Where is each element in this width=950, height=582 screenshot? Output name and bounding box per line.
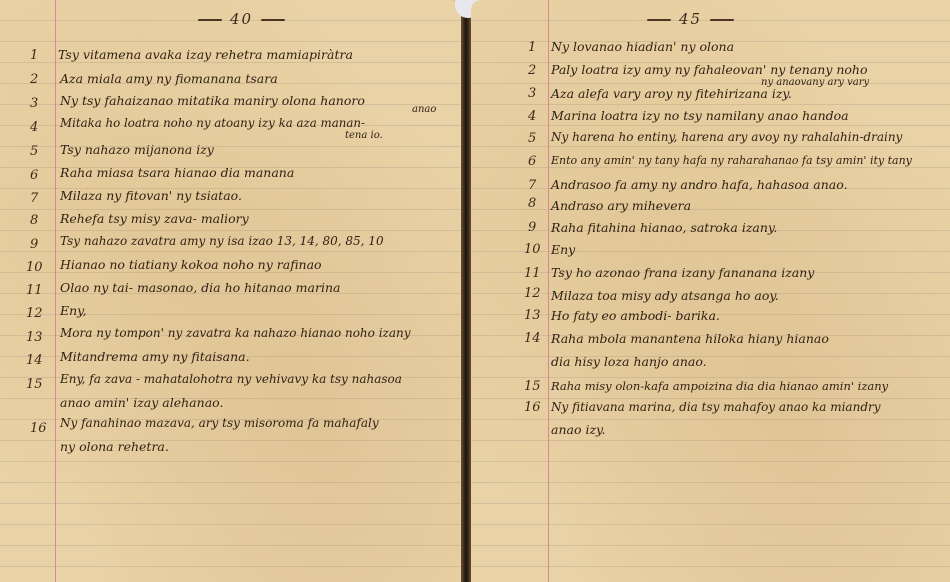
entry-text: Andrasoo fa amy ny andro hafa, hahasoa a… <box>551 177 848 192</box>
margin-line <box>548 0 549 582</box>
entry-number: 14 <box>26 353 43 368</box>
entry-text: Tsy nahazo mijanona izy <box>60 142 214 157</box>
notebook-spread: 40 1 Tsy vitamena avaka izay rehetra mam… <box>0 0 950 582</box>
page-number-right: 45 <box>639 10 742 28</box>
entry-text: Mitandrema amy ny fitaisana. <box>60 349 250 364</box>
margin-line <box>55 0 56 582</box>
entry-text-continued: ny olona rehetra. <box>60 439 169 454</box>
entry-number: 3 <box>528 86 536 101</box>
entry-text: Olao ny tai- masonao, dia ho hitanao mar… <box>60 280 340 295</box>
entry-text: Hianao no tiatiany kokoa noho ny rafinao <box>60 257 322 272</box>
entry-text: Eny, <box>60 303 87 318</box>
entry-number: 14 <box>524 331 541 346</box>
entry-text: Eny, fa zava - mahatalohotra ny vehivavy… <box>60 372 402 386</box>
entry-number: 11 <box>26 283 43 298</box>
entry-number: 2 <box>528 63 536 78</box>
entry-text: Aza miala amy ny fiomanana tsara <box>60 71 278 86</box>
entry-text: Ny fanahinao mazava, ary tsy misoroma fa… <box>60 416 379 430</box>
entry-text: Eny <box>551 242 575 257</box>
entry-text: Raha misy olon-kafa ampoizina dia dia hi… <box>551 379 888 393</box>
entry-text: Aza alefa vary aroy ny fitehirizana izy. <box>551 86 792 101</box>
entry-text: Ento any amin' ny tany hafa ny raharahan… <box>551 154 912 167</box>
entry-text: Tsy ho azonao frana izany fananana izany <box>551 265 814 280</box>
entry-text: Raha mbola manantena hiloka hiany hianao <box>551 331 829 346</box>
entry-number: 11 <box>524 266 541 281</box>
entry-number: 5 <box>30 144 38 159</box>
entry-number: 7 <box>528 178 536 193</box>
interlinear-note: tena io. <box>345 130 383 141</box>
entry-number: 1 <box>30 48 38 63</box>
entry-number: 6 <box>528 154 536 169</box>
entry-text-continued: anao izy. <box>551 422 605 437</box>
entry-text-continued: anao amin' izay alehanao. <box>60 395 223 410</box>
entry-text: Mora ny tompon' ny zavatra ka nahazo hia… <box>60 326 411 340</box>
right-page: 45 1 Ny lovanao hiadian' ny olona 2 Paly… <box>471 0 950 582</box>
entry-number: 7 <box>30 191 38 206</box>
entry-number: 1 <box>528 40 536 55</box>
entry-text: Ny harena ho entiny, harena ary avoy ny … <box>551 130 902 144</box>
entry-number: 16 <box>524 400 541 415</box>
entry-text: Raha fitahina hianao, satroka izany. <box>551 220 777 235</box>
left-page: 40 1 Tsy vitamena avaka izay rehetra mam… <box>0 0 463 582</box>
page-number-left: 40 <box>190 10 293 28</box>
entry-text: Raha miasa tsara hianao dia manana <box>60 165 294 180</box>
entry-text: Tsy nahazo zavatra amy ny isa izao 13, 1… <box>60 234 384 248</box>
entry-number: 5 <box>528 131 536 146</box>
entry-number: 2 <box>30 72 38 87</box>
entry-number: 15 <box>524 379 541 394</box>
entry-number: 8 <box>30 213 38 228</box>
entry-number: 4 <box>30 120 38 135</box>
entry-text: Ny lovanao hiadian' ny olona <box>551 39 734 54</box>
entry-text: Ny fitiavana marina, dia tsy mahafoy ana… <box>551 400 881 414</box>
entry-number: 13 <box>26 330 43 345</box>
entry-text: Milaza ny fitovan' ny tsiatao. <box>60 188 242 203</box>
entry-text: Ny tsy fahaizanao mitatika maniry olona … <box>60 93 365 108</box>
entry-number: 3 <box>30 96 38 111</box>
entry-number: 10 <box>26 260 43 275</box>
entry-number: 9 <box>30 237 38 252</box>
entry-text: Marina loatra izy no tsy namilany anao h… <box>551 108 849 123</box>
entry-text: Mitaka ho loatra noho ny atoany izy ka a… <box>60 116 365 130</box>
entry-number: 10 <box>524 242 541 257</box>
entry-text: Tsy vitamena avaka izay rehetra mamiapir… <box>58 47 353 62</box>
entry-text: Paly loatra izy amy ny fahaleovan' ny te… <box>551 62 868 77</box>
entry-text-continued: dia hisy loza hanjo anao. <box>551 354 707 369</box>
entry-number: 9 <box>528 220 536 235</box>
entry-number: 16 <box>30 421 47 436</box>
entry-text: Milaza toa misy ady atsanga ho aoy. <box>551 288 779 303</box>
entry-number: 6 <box>30 168 38 183</box>
entry-number: 13 <box>524 308 541 323</box>
entry-number: 12 <box>26 306 43 321</box>
entry-text: Andraso ary mihevera <box>551 198 691 213</box>
entry-number: 15 <box>26 377 43 392</box>
entry-text: Ho faty eo ambodi- barika. <box>551 308 720 323</box>
entry-number: 12 <box>524 286 541 301</box>
entry-number: 4 <box>528 109 536 124</box>
entry-text: Rehefa tsy misy zava- maliory <box>60 211 249 226</box>
interlinear-note: anao <box>412 104 436 115</box>
entry-number: 8 <box>528 196 536 211</box>
